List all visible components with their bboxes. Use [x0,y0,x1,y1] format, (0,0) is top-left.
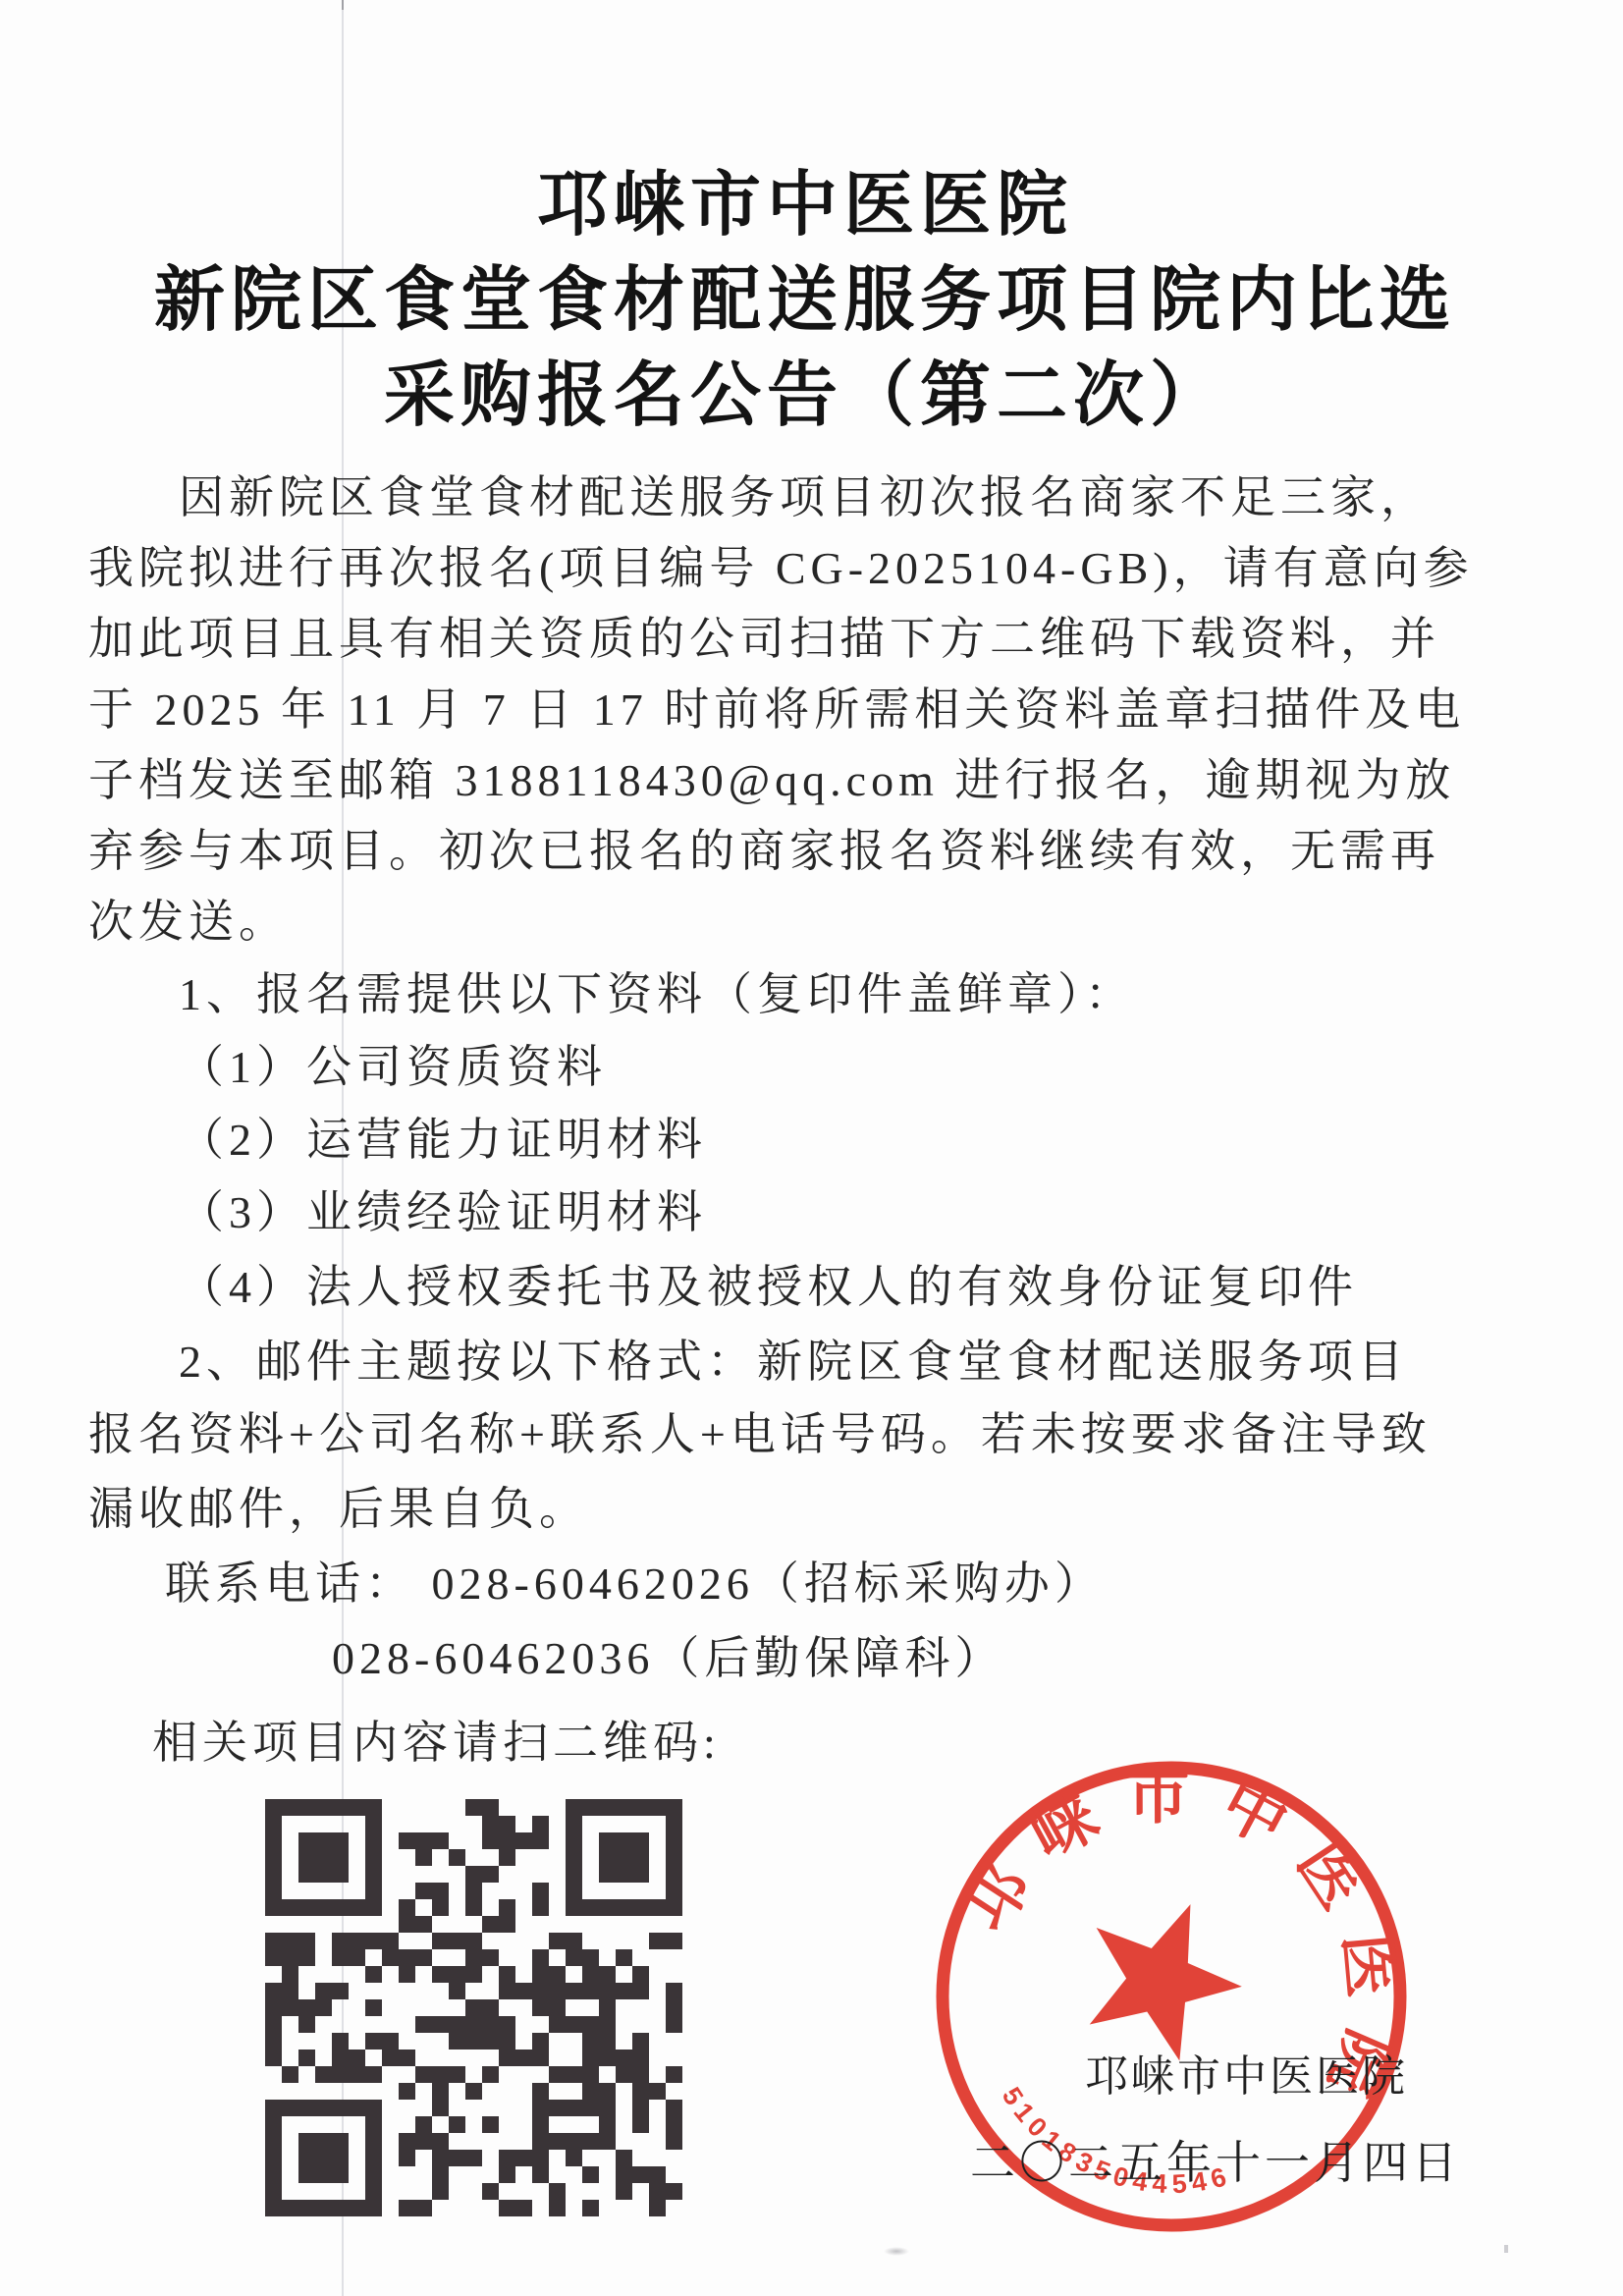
body-line: （4）法人授权委托书及被授权人的有效身份证复印件 [179,1258,1358,1317]
body-line: （2）运营能力证明材料 [179,1111,707,1170]
body-line: 报名资料+公司名称+联系人+电话号码。若未按要求备注导致 [88,1405,1432,1464]
announcement-page: 邛崃市中医医院新院区食堂食材配送服务项目院内比选采购报名公告（第二次） 因新院区… [0,0,1623,2296]
qr-code [265,1799,682,2216]
body-line: 028-60462036（后勤保障科） [332,1629,1004,1688]
body-line: 相关项目内容请扫二维码: [152,1714,721,1773]
body-line: 2、邮件主题按以下格式：新院区食堂食材配送服务项目 [179,1333,1408,1392]
title-line-3: 采购报名公告（第二次） [39,338,1571,440]
body-line: 于 2025 年 11 月 7 日 17 时前将所需相关资料盖章扫描件及电 [88,681,1465,739]
body-line: （1）公司资质资料 [179,1038,607,1097]
body-line: 我院拟进行再次报名(项目编号 CG-2025104-GB)，请有意向参 [88,539,1474,598]
body-line: 子档发送至邮箱 3188118430@qq.com 进行报名，逾期视为放 [88,751,1455,810]
body-line: 联系电话： 028-60462026（招标采购办） [165,1555,1105,1613]
title-line-2: 新院区食堂食材配送服务项目院内比选 [39,243,1571,345]
body-line: （3）业绩经验证明材料 [179,1183,707,1242]
signature-org: 邛崃市中医医院 [1085,2041,1419,2104]
body-line: 弃参与本项目。初次已报名的商家报名资料继续有效，无需再 [88,822,1440,881]
body-line: 漏收邮件，后果自负。 [88,1480,589,1539]
title-line-1: 邛崃市中医医院 [39,147,1571,249]
body-line: 加此项目且具有相关资质的公司扫描下方二维码下载资料，并 [88,610,1440,669]
qr-code-image [265,1799,682,2216]
body-line: 因新院区食堂食材配送服务项目初次报名商家不足三家， [179,468,1431,527]
body-line: 次发送。 [88,893,289,952]
scan-artifact [884,2247,909,2256]
signature-date: 二〇二五年十一月四日 [970,2127,1481,2192]
scan-artifact [1504,2245,1508,2253]
body-line: 1、报名需提供以下资料（复印件盖鲜章）： [179,965,1135,1024]
